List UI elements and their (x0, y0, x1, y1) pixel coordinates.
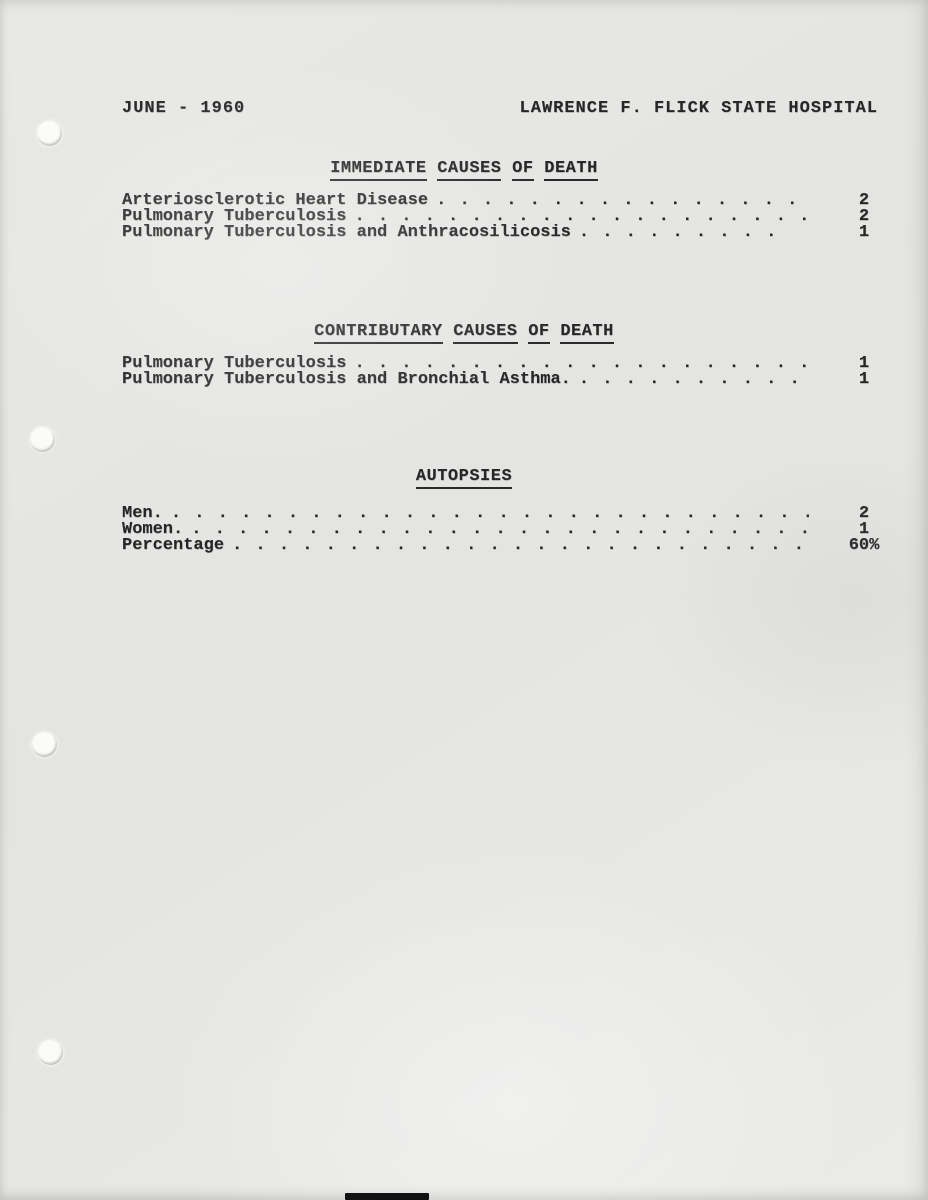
punch-hole (37, 121, 62, 146)
section-title: IMMEDIATE CAUSES OF DEATH (0, 160, 928, 178)
punch-hole (38, 1040, 63, 1065)
leader-row: Percentage. . . . . . . . . . . . . . . … (122, 538, 893, 554)
scan-artifact-mark (345, 1193, 429, 1200)
dot-leader: . . . . . . . . . . . . . . . . . . . . … (183, 522, 809, 538)
hospital-name: LAWRENCE F. FLICK STATE HOSPITAL (520, 100, 878, 118)
row-value: 1 (835, 225, 893, 241)
sections: IMMEDIATE CAUSES OF DEATH Arteriosclerot… (0, 160, 928, 554)
report-section: IMMEDIATE CAUSES OF DEATH Arteriosclerot… (122, 160, 893, 241)
dot-leader: . . . . . . . . . . . . . . . . . . . . … (224, 538, 809, 554)
report-date: JUNE - 1960 (122, 100, 245, 118)
section-title-word: OF (512, 159, 533, 181)
dot-leader: . . . . . . . . . . . . . . . . (428, 193, 809, 209)
section-title: AUTOPSIES (0, 468, 928, 486)
section-rows: Arteriosclerotic Heart Disease. . . . . … (122, 193, 893, 241)
document-header: JUNE - 1960 LAWRENCE F. FLICK STATE HOSP… (122, 100, 878, 118)
section-title-word: DEATH (544, 159, 598, 181)
row-label: Pulmonary Tuberculosis and Anthracosilic… (122, 225, 571, 241)
section-title-word: CAUSES (437, 159, 501, 181)
report-section: AUTOPSIES Men.. . . . . . . . . . . . . … (122, 468, 893, 554)
section-title-word: AUTOPSIES (416, 467, 512, 489)
section-title: CONTRIBUTARY CAUSES OF DEATH (0, 323, 928, 341)
document-page: JUNE - 1960 LAWRENCE F. FLICK STATE HOSP… (0, 0, 928, 1200)
leader-row: Pulmonary Tuberculosis and Anthracosilic… (122, 225, 893, 241)
section-title-word: OF (528, 322, 549, 344)
section-title-word: IMMEDIATE (330, 159, 426, 181)
section-title-word: DEATH (560, 322, 614, 344)
leader-row: Pulmonary Tuberculosis and Bronchial Ast… (122, 372, 893, 388)
row-value: 60% (835, 538, 893, 554)
punch-hole (30, 427, 55, 452)
row-value: 1 (835, 372, 893, 388)
row-label: Percentage (122, 538, 224, 554)
dot-leader: . . . . . . . . . (571, 225, 809, 241)
section-title-word: CAUSES (453, 322, 517, 344)
leader-row: Women.. . . . . . . . . . . . . . . . . … (122, 522, 893, 538)
leader-row: Men.. . . . . . . . . . . . . . . . . . … (122, 506, 893, 522)
section-title-word: CONTRIBUTARY (314, 322, 442, 344)
report-section: CONTRIBUTARY CAUSES OF DEATH Pulmonary T… (122, 323, 893, 388)
section-rows: Pulmonary Tuberculosis. . . . . . . . . … (122, 356, 893, 388)
section-rows: Men.. . . . . . . . . . . . . . . . . . … (122, 506, 893, 554)
punch-hole (32, 732, 57, 757)
dot-leader: . . . . . . . . . . . . . . . . . . . . … (163, 506, 809, 522)
dot-leader: . . . . . . . . . . (571, 372, 809, 388)
row-label: Pulmonary Tuberculosis and Bronchial Ast… (122, 372, 571, 388)
